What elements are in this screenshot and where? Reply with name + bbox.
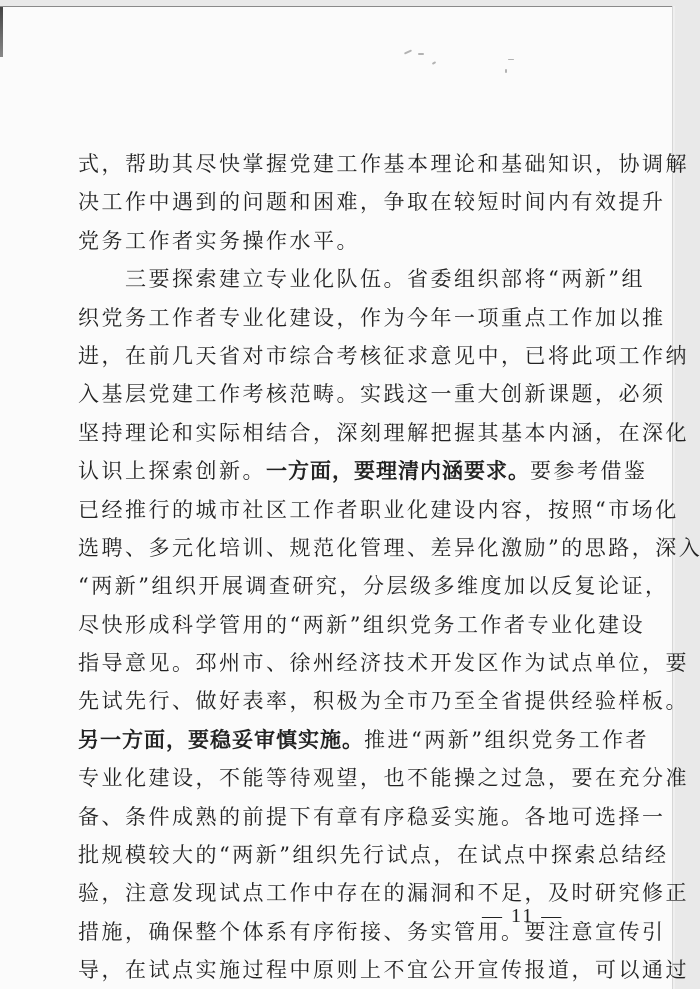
paragraph-text: “两新”组织开展调查研究，分层级多维度加以反复论证， — [78, 574, 668, 598]
text-line: 先试先行、做好表率，积极为全市乃至全省提供经验样板。 — [78, 682, 578, 720]
scanned-page: 式，帮助其尽快掌握党建工作基本理论和基础知识，协调解决工作中遇到的问题和困难，争… — [0, 6, 672, 989]
text-line: 坚持理论和实际相结合，深刻理解把握其基本内涵，在深化 — [78, 414, 578, 452]
paragraph-text: 织党务工作者专业化建设，作为今年一项重点工作加以推 — [78, 306, 666, 330]
paragraph-text: 先试先行、做好表率，积极为全市乃至全省提供经验样板。 — [78, 689, 689, 713]
paragraph-text: 决工作中遇到的问题和困难，争取在较短时间内有效提升 — [78, 190, 666, 214]
text-line: 党务工作者实务操作水平。 — [78, 222, 578, 260]
paragraph-text: 党务工作者实务操作水平。 — [78, 229, 360, 253]
paragraph-text: 措施，确保整个体系有序衔接、务实管用。要注意宣传引 — [78, 920, 666, 944]
bold-heading-text: 另一方面，要稳妥审慎实施。 — [78, 728, 364, 752]
text-line: 已经推行的城市社区工作者职业化建设内容，按照“市场化 — [78, 491, 578, 529]
text-line: 认识上探索创新。一方面，要理清内涵要求。要参考借鉴 — [78, 452, 578, 490]
paragraph-text: 式，帮助其尽快掌握党建工作基本理论和基础知识，协调解 — [78, 152, 689, 176]
paragraph-text: 已经推行的城市社区工作者职业化建设内容，按照“市场化 — [78, 498, 679, 522]
text-line: 决工作中遇到的问题和困难，争取在较短时间内有效提升 — [78, 183, 578, 221]
paragraph-text: 选聘、多元化培训、规范化管理、差异化激励”的思路，深入 — [78, 536, 700, 560]
text-line: 三要探索建立专业化队伍。省委组织部将“两新”组 — [78, 260, 578, 298]
text-line: 式，帮助其尽快掌握党建工作基本理论和基础知识，协调解 — [78, 145, 578, 183]
scan-edge-shadow — [0, 7, 3, 57]
text-line: 专业化建设，不能等待观望，也不能操之过急，要在充分准 — [78, 759, 578, 797]
paragraph-text: 推进“两新”组织党务工作者 — [364, 728, 649, 752]
text-line: “两新”组织开展调查研究，分层级多维度加以反复论证， — [78, 567, 578, 605]
paragraph-text: 批规模较大的“两新”组织先行试点，在试点中探索总结经 — [78, 843, 668, 867]
text-line: 备、条件成熟的前提下有章有序稳妥实施。各地可选择一 — [78, 798, 578, 836]
text-line: 另一方面，要稳妥审慎实施。推进“两新”组织党务工作者 — [78, 721, 578, 759]
text-line: 进，在前几天省对市综合考核征求意见中，已将此项工作纳 — [78, 337, 578, 375]
paragraph-text: 入基层党建工作考核范畴。实践这一重大创新课题，必须 — [78, 382, 666, 406]
text-line: 指导意见。邳州市、徐州经济技术开发区作为试点单位，要 — [78, 644, 578, 682]
text-line: 导，在试点实施过程中原则上不宜公开宣传报道，可以通过 — [78, 951, 578, 989]
paragraph-text: 指导意见。邳州市、徐州经济技术开发区作为试点单位，要 — [78, 651, 689, 675]
text-line: 尽快形成科学管用的“两新”组织党务工作者专业化建设 — [78, 606, 578, 644]
paragraph-text: 备、条件成熟的前提下有章有序稳妥实施。各地可选择一 — [78, 805, 666, 829]
paragraph-text: 进，在前几天省对市综合考核征求意见中，已将此项工作纳 — [78, 344, 689, 368]
paragraph-text: 认识上探索创新。 — [78, 459, 266, 483]
document-body: 式，帮助其尽快掌握党建工作基本理论和基础知识，协调解决工作中遇到的问题和困难，争… — [78, 145, 578, 989]
paragraph-text: 导，在试点实施过程中原则上不宜公开宣传报道，可以通过 — [78, 958, 689, 982]
page-number: — 11 — — [482, 905, 563, 928]
paragraph-text: 专业化建设，不能等待观望，也不能操之过急，要在充分准 — [78, 766, 689, 790]
text-line: 织党务工作者专业化建设，作为今年一项重点工作加以推 — [78, 299, 578, 337]
paragraph-text: 三要探索建立专业化队伍。省委组织部将“两新”组 — [78, 267, 645, 291]
bold-heading-text: 一方面，要理清内涵要求。 — [266, 459, 530, 483]
paragraph-text: 坚持理论和实际相结合，深刻理解把握其基本内涵，在深化 — [78, 421, 689, 445]
text-line: 入基层党建工作考核范畴。实践这一重大创新课题，必须 — [78, 375, 578, 413]
text-line: 选聘、多元化培训、规范化管理、差异化激励”的思路，深入 — [78, 529, 578, 567]
paragraph-text: 要参考借鉴 — [530, 459, 648, 483]
paragraph-text: 尽快形成科学管用的“两新”组织党务工作者专业化建设 — [78, 613, 645, 637]
paragraph-text: 验，注意发现试点工作中存在的漏洞和不足，及时研究修正 — [78, 881, 689, 905]
text-line: 批规模较大的“两新”组织先行试点，在试点中探索总结经 — [78, 836, 578, 874]
